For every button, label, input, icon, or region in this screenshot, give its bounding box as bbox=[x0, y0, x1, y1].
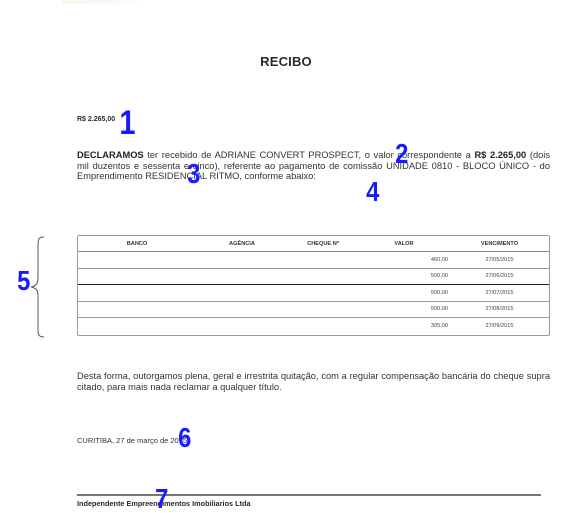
cell-agencia bbox=[196, 318, 288, 334]
annotation-marker-3: 3 bbox=[187, 160, 200, 188]
cell-vencimento: 27/06/2015 bbox=[450, 268, 549, 285]
cell-vencimento: 27/08/2015 bbox=[450, 301, 549, 318]
column-header-cheque: CHEQUE Nº bbox=[288, 236, 358, 252]
cell-banco bbox=[78, 252, 196, 269]
cell-valor: 500,00 bbox=[358, 268, 450, 285]
table-header-row: BANCO AGÊNCIA CHEQUE Nº VALOR VENCIMENTO bbox=[78, 236, 549, 252]
cell-cheque bbox=[288, 252, 358, 269]
cell-agencia bbox=[196, 285, 288, 302]
amount-header: R$ 2.265,00 bbox=[77, 116, 115, 123]
payments-table-container: BANCO AGÊNCIA CHEQUE Nº VALOR VENCIMENTO… bbox=[77, 235, 550, 336]
table-row: 460,00 27/05/2015 bbox=[78, 252, 549, 269]
closing-paragraph: Desta forma, outorgamos plena, geral e i… bbox=[77, 371, 550, 392]
table-row: 500,00 27/07/2015 bbox=[78, 285, 549, 302]
declaration-amount: R$ 2.265,00 bbox=[474, 150, 526, 160]
table-row: 500,00 27/06/2015 bbox=[78, 268, 549, 285]
cell-vencimento: 27/07/2015 bbox=[450, 285, 549, 302]
cell-cheque bbox=[288, 301, 358, 318]
table-row: 305,00 27/09/2015 bbox=[78, 318, 549, 334]
column-header-banco: BANCO bbox=[78, 236, 196, 252]
cell-agencia bbox=[196, 252, 288, 269]
cell-vencimento: 27/05/2015 bbox=[450, 252, 549, 269]
cell-valor: 305,00 bbox=[358, 318, 450, 334]
table-row: 500,00 27/08/2015 bbox=[78, 301, 549, 318]
annotation-marker-4: 4 bbox=[366, 178, 379, 206]
cell-vencimento: 27/09/2015 bbox=[450, 318, 549, 334]
cell-cheque bbox=[288, 268, 358, 285]
annotation-marker-2: 2 bbox=[395, 140, 408, 168]
curly-brace-icon bbox=[30, 236, 46, 338]
cell-banco bbox=[78, 268, 196, 285]
document-title: RECIBO bbox=[0, 54, 572, 69]
cell-banco bbox=[78, 318, 196, 334]
cell-valor: 500,00 bbox=[358, 285, 450, 302]
cell-banco bbox=[78, 285, 196, 302]
cell-valor: 500,00 bbox=[358, 301, 450, 318]
cell-valor: 460,00 bbox=[358, 252, 450, 269]
cell-cheque bbox=[288, 318, 358, 334]
place-date: CURITIBA, 27 de março de 2015 bbox=[77, 436, 187, 445]
cell-agencia bbox=[196, 268, 288, 285]
annotation-marker-6: 6 bbox=[178, 424, 191, 452]
column-header-valor: VALOR bbox=[358, 236, 450, 252]
scan-artifact bbox=[62, 0, 140, 4]
signature-line bbox=[77, 494, 541, 496]
payments-table: BANCO AGÊNCIA CHEQUE Nº VALOR VENCIMENTO… bbox=[78, 236, 549, 334]
declaration-lead: DECLARAMOS bbox=[77, 150, 144, 160]
annotation-marker-5: 5 bbox=[17, 267, 30, 295]
declaration-paragraph: DECLARAMOS ter recebido de ADRIANE CONVE… bbox=[77, 150, 550, 182]
cell-cheque bbox=[288, 285, 358, 302]
annotation-marker-7: 7 bbox=[155, 485, 168, 513]
column-header-vencimento: VENCIMENTO bbox=[450, 236, 549, 252]
cell-banco bbox=[78, 301, 196, 318]
column-header-agencia: AGÊNCIA bbox=[196, 236, 288, 252]
cell-agencia bbox=[196, 301, 288, 318]
annotation-marker-1: 1 bbox=[119, 106, 135, 140]
